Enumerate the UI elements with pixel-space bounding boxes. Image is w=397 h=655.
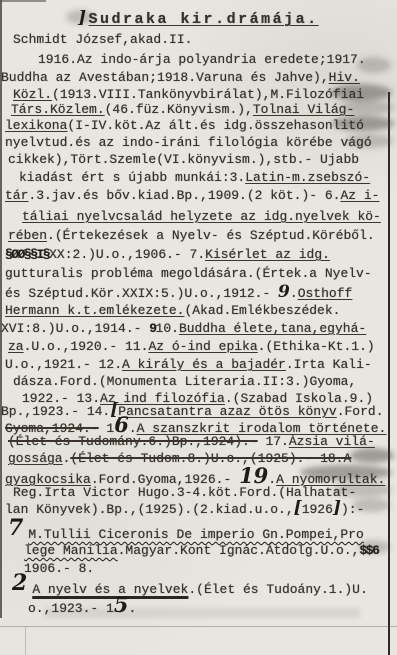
text-segment: XX:2.)U.o.,1906.- 7. xyxy=(49,247,205,262)
text-segment: Reg.Irta Victor Hugo.3-4.köt.Ford.(Halha… xyxy=(13,485,356,500)
text-segment: 2 xyxy=(12,570,27,596)
text-line: nyelvtud.és az indo-iráni filológia köré… xyxy=(5,134,372,151)
text-line: és Széptud.Kör.XXIX:5.)U.o.,1912.- 9.Ost… xyxy=(5,284,352,302)
text-segment: .Magyar.Kont Ignác.Átdolg.U.o., xyxy=(118,543,360,558)
text-line: §ØØ§§I§XX:2.)U.o.,1906.- 7.Kisérlet az i… xyxy=(5,246,330,263)
text-segment: Tolnai Világ- xyxy=(253,102,354,117)
text-segment: lege Manilia xyxy=(24,543,118,558)
text-segment: ] xyxy=(333,498,341,518)
text-segment: .(Értekezések a Nyelv- és Széptud.Körébő… xyxy=(47,228,375,243)
scan-edge-right xyxy=(388,92,390,655)
text-line: tár.3.jav.és bőv.kiad.Bp.,1909.(2 köt.)-… xyxy=(5,187,379,204)
paper-crease xyxy=(0,626,397,627)
text-line: lan Könyvek).Bp.,(1925).(2.kiad.u.o.,[19… xyxy=(5,500,364,518)
text-segment: U.o.,1921.- 12. xyxy=(5,357,122,372)
text-segment: lexikona xyxy=(5,118,67,133)
scan-edge-top xyxy=(0,0,46,2)
text-line: U.o.,1921.- 12.A király és a bajadér.Irt… xyxy=(5,356,372,373)
text-segment: cikkek),Tört.Szemle(VI.könyvism.),stb.- … xyxy=(8,152,359,167)
text-segment: .Irta Kali- xyxy=(286,357,372,372)
text-segment: gutturalis probléma megoldására.(Értek.a… xyxy=(5,266,372,281)
text-segment: táliai nyelvcsalád helyzete az idg.nyelv… xyxy=(22,209,381,224)
text-segment: (Akad.Emlékbeszédek. xyxy=(184,303,340,318)
text-segment: Osthoff xyxy=(298,286,353,301)
text-segment: és Széptud.Kör.XXIX:5.)U.o.,1912.- xyxy=(5,286,278,301)
text-segment: 1906.- 8. xyxy=(24,561,94,576)
text-line: kiadást ért s újabb munkái:3.Latin-m.zse… xyxy=(19,169,370,186)
text-line: o.,1923.- 15. xyxy=(28,596,136,617)
text-segment: Társ.Közlem. xyxy=(11,102,105,117)
text-line: Buddha az Avestában;1918.Varuna és Jahve… xyxy=(1,69,360,86)
text-segment: §ØØ§§I§ xyxy=(5,247,49,262)
text-segment: (Élet és Tudomány.6.)Bp.,1924).- xyxy=(8,434,258,449)
document-page: ]Sudraka kir.drámája.Schmidt József,akad… xyxy=(0,0,397,655)
text-segment: 5 xyxy=(114,592,129,617)
text-segment: M.Tullii Ciceronis De imperio Gn.Pompei,… xyxy=(28,527,363,542)
text-segment: 7 xyxy=(8,515,23,541)
text-line: táliai nyelvcsalád helyzete az idg.nyelv… xyxy=(22,208,381,225)
text-segment: Hiv. xyxy=(329,70,360,85)
text-segment: .3.jav.és bőv.kiad.Bp.,1909.(2 köt.)- 6. xyxy=(28,188,340,203)
text-segment: Hermann k.t.emlékezete. xyxy=(5,303,184,318)
text-line: (Élet és Tudomány.6.)Bp.,1924).- 17.Ázsi… xyxy=(8,433,375,450)
text-segment: (I-IV.köt.Az ált.és idg.összehasonlitó xyxy=(67,118,363,133)
text-segment: Schmidt József,akad.II. xyxy=(13,32,192,47)
text-line: Schmidt József,akad.II. xyxy=(13,31,192,48)
text-segment: ):- xyxy=(341,502,364,517)
text-segment: .(Élet és Tudoány.1.)U. xyxy=(188,582,367,597)
text-segment: Kisérlet az idg. xyxy=(205,247,330,262)
text-line: XVI:8.)U.o.,1914.- 910.Buddha élete,tana… xyxy=(1,320,366,337)
text-line: 1906.- 8. xyxy=(24,560,94,577)
text-line: gossága.(Élet és Tudom.8.)U.o.,(1925).- … xyxy=(8,450,351,467)
text-segment: rében xyxy=(8,228,47,243)
text-segment: Közl. xyxy=(13,87,52,102)
text-segment: Az i- xyxy=(340,188,379,203)
text-segment: o.,1923.- 1 xyxy=(28,601,114,616)
text-line: lexikona(I-IV.köt.Az ált.és idg.összehas… xyxy=(5,117,364,134)
text-line: 2A nyelv és a nyelvek.(Élet és Tudoány.1… xyxy=(12,578,368,598)
text-segment: Az ó-ind epika xyxy=(148,339,257,354)
text-line: cikkek),Tört.Szemle(VI.könyvism.),stb.- … xyxy=(8,151,359,168)
text-segment: $$6 xyxy=(359,543,378,558)
text-segment: 1926 xyxy=(302,502,333,517)
text-line: Hermann k.t.emlékezete.(Akad.Emlékbeszéd… xyxy=(5,302,340,319)
text-line: ]Sudraka kir.drámája. xyxy=(78,10,319,28)
text-segment: 9 xyxy=(278,282,290,302)
text-line: gutturalis probléma megoldására.(Értek.a… xyxy=(5,265,372,282)
text-segment: tár xyxy=(5,188,28,203)
text-line: za.U.o.,1920.- 11.Az ó-ind epika.(Ethika… xyxy=(8,338,375,355)
text-segment: za xyxy=(8,339,24,354)
text-line: lege Manilia.Magyar.Kont Ignác.Átdolg.U.… xyxy=(24,542,378,559)
scan-edge-left xyxy=(0,0,2,618)
text-segment: (Élet és Tudom.8.)U.o.,(1925).- 18.A xyxy=(70,451,351,466)
text-segment: nyelvtud.és az indo-iráni filológia köré… xyxy=(5,135,372,150)
text-line: rében.(Értekezések a Nyelv- és Széptud.K… xyxy=(8,227,375,244)
text-line: 7M.Tullii Ciceronis De imperio Gn.Pompei… xyxy=(8,523,364,543)
text-segment: Buddha élete,tana,egyhá- xyxy=(179,321,366,336)
text-segment: . xyxy=(290,286,298,301)
text-segment: A király és a bajadér xyxy=(122,357,286,372)
text-line: Reg.Irta Victor Hugo.3-4.köt.Ford.(Halha… xyxy=(13,484,356,501)
text-segment: ] xyxy=(78,8,89,28)
paper-crease-vertical xyxy=(25,627,26,655)
text-segment: .U.o.,1920.- 11. xyxy=(24,339,149,354)
text-segment: dásza.Ford.(Monumenta Literaria.II:3.)Gy… xyxy=(13,374,356,389)
text-segment: 17. xyxy=(258,434,289,449)
text-line: 1916.Az indo-árja polyandria eredete;191… xyxy=(38,51,366,68)
text-segment: (46.füz.Könyvism.), xyxy=(105,102,253,117)
text-segment: kiadást ért s újabb munkái:3. xyxy=(19,170,245,185)
text-segment: gossága xyxy=(8,451,63,466)
text-segment: .(Ethika-Kt.1.) xyxy=(258,339,375,354)
text-segment: [ xyxy=(294,498,302,518)
text-segment: Sudraka kir.drámája. xyxy=(89,11,319,28)
text-segment: (1913.VIII.Tankönyvbirálat),M.Filozófiai xyxy=(52,87,364,102)
text-segment: Buddha az Avestában;1918.Varuna és Jahve… xyxy=(1,70,329,85)
text-segment: Latin-m.zsebszó- xyxy=(245,170,370,185)
text-line: Társ.Közlem.(46.füz.Könyvism.),Tolnai Vi… xyxy=(11,101,354,118)
text-segment: 1916.Az indo-árja polyandria eredete;191… xyxy=(38,52,366,67)
text-segment: A nyelv és a nyelvek xyxy=(32,582,188,597)
text-line: dásza.Ford.(Monumenta Literaria.II:3.)Gy… xyxy=(13,373,356,390)
text-segment: 10. xyxy=(156,321,179,336)
text-segment: XVI:8.)U.o.,1914.- xyxy=(1,321,149,336)
text-segment: lan Könyvek).Bp.,(1925).(2.kiad.u.o., xyxy=(5,502,294,517)
text-segment: Ázsia vilá- xyxy=(289,434,375,449)
text-segment: . xyxy=(128,601,136,616)
